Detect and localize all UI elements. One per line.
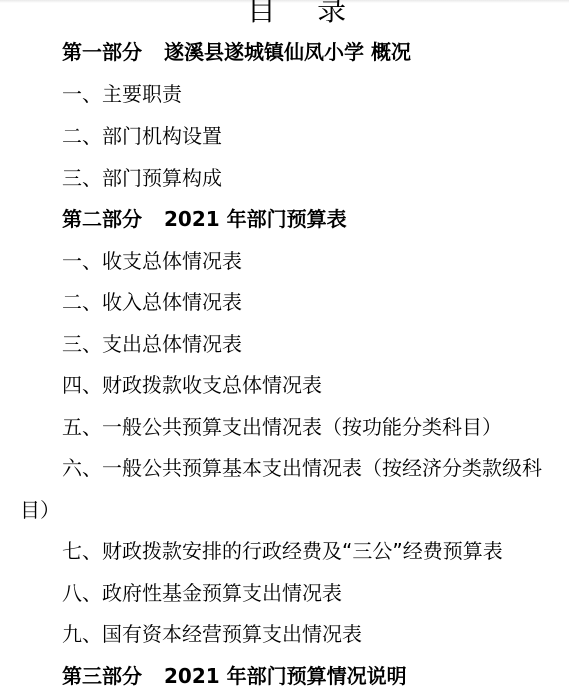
toc-item-main-duties[interactable]: 一、主要职责 [62,81,182,107]
toc-part-3[interactable]: 第三部分2021 年部门预算情况说明 [62,663,407,689]
toc-item-fiscal-appropriation-overview[interactable]: 四、财政拨款收支总体情况表 [62,372,322,398]
part-text: 遂溪县遂城镇仙凤小学 概况 [164,40,411,64]
toc-part-1[interactable]: 第一部分遂溪县遂城镇仙凤小学 概况 [62,39,411,65]
toc-item-income-overview[interactable]: 二、收入总体情况表 [62,289,242,315]
toc-item-wrap-continuation[interactable]: 目） [20,497,60,523]
toc-title: 目 录 [0,0,569,28]
toc-item-expense-overview[interactable]: 三、支出总体情况表 [62,331,242,357]
toc-part-2[interactable]: 第二部分2021 年部门预算表 [62,206,347,232]
toc-item-general-budget-by-function[interactable]: 五、一般公共预算支出情况表（按功能分类科目） [62,414,502,440]
part-text: 2021 年部门预算情况说明 [164,664,407,688]
toc-item-budget-composition[interactable]: 三、部门预算构成 [62,165,222,191]
part-label: 第三部分 [62,664,142,688]
part-label: 第二部分 [62,207,142,231]
toc-item-general-budget-basic-by-economic[interactable]: 六、一般公共预算基本支出情况表（按经济分类款级科 [62,455,542,481]
part-label: 第一部分 [62,40,142,64]
toc-item-income-expense-overview[interactable]: 一、收支总体情况表 [62,248,242,274]
toc-item-org-structure[interactable]: 二、部门机构设置 [62,123,222,149]
toc-item-admin-and-three-public-expenses[interactable]: 七、财政拨款安排的行政经费及“三公”经费预算表 [62,538,503,564]
toc-item-government-fund-budget[interactable]: 八、政府性基金预算支出情况表 [62,580,342,606]
part-text: 2021 年部门预算表 [164,207,347,231]
toc-item-state-capital-budget[interactable]: 九、国有资本经营预算支出情况表 [62,621,362,647]
